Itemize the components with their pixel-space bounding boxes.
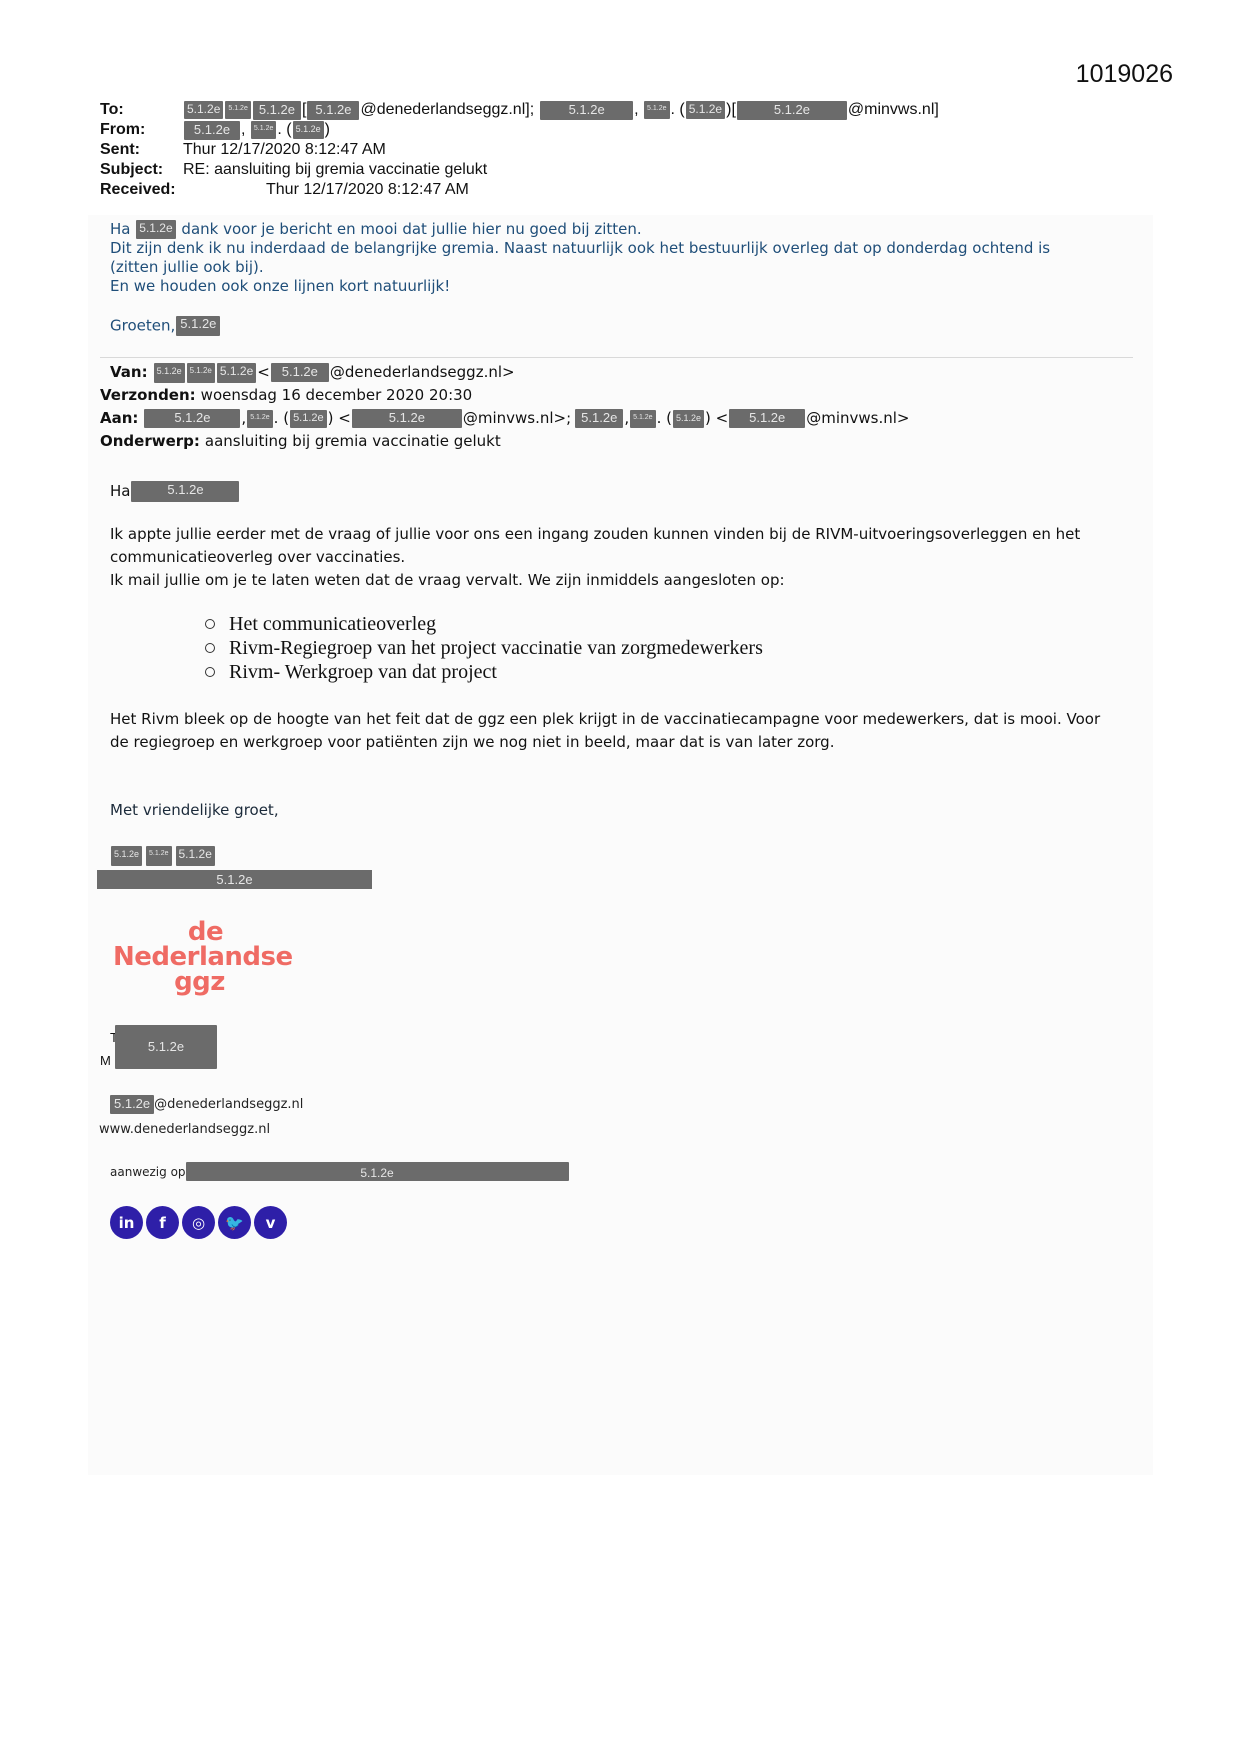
redaction: 5.1.2e	[136, 220, 175, 239]
redaction: 5.1.2e	[225, 101, 250, 119]
list-item: Het communicatieoverleg	[205, 612, 763, 636]
linkedin-icon[interactable]: in	[110, 1206, 143, 1239]
subject-value: RE: aansluiting bij gremia vaccinatie ge…	[183, 160, 487, 180]
instagram-icon[interactable]: ◎	[182, 1206, 215, 1239]
redaction: 5.1.2e	[729, 409, 805, 428]
redaction: 5.1.2e	[146, 846, 171, 866]
aan-row: Aan: 5.1.2e , 5.1.2e . ( 5.1.2e ) < 5.1.…	[100, 407, 909, 430]
signature-name: 5.1.2e 5.1.2e 5.1.2e	[110, 846, 216, 866]
received-value: Thur 12/17/2020 8:12:47 AM	[266, 180, 469, 200]
redaction: 5.1.2e	[673, 410, 704, 428]
original-message-body: Ha5.1.2e Ik appte jullie eerder met de v…	[110, 480, 1140, 592]
presence-line: aanwezig op 5.1.2e	[110, 1162, 569, 1181]
membership-list: Het communicatieoverleg Rivm-Regiegroep …	[205, 612, 763, 684]
van-row: Van: 5.1.2e 5.1.2e 5.1.2e < 5.1.2e @dene…	[100, 361, 909, 384]
redaction: 5.1.2e	[154, 363, 185, 383]
redaction: 5.1.2e	[253, 101, 301, 120]
signature-email[interactable]: 5.1.2e @denederlandseggz.nl	[110, 1095, 303, 1114]
redaction: 5.1.2e	[307, 101, 359, 120]
redaction: 5.1.2e	[271, 363, 329, 382]
redaction: 5.1.2e	[293, 121, 324, 139]
list-item: Rivm-Regiegroep van het project vaccinat…	[205, 636, 763, 660]
redaction: 5.1.2e	[115, 1025, 217, 1069]
sign-off: Met vriendelijke groet,	[110, 801, 279, 819]
redaction: 5.1.2e	[176, 316, 220, 336]
redaction: 5.1.2e	[352, 409, 462, 428]
to-address-2: @minvws.nl]	[848, 100, 939, 120]
redaction: 5.1.2e	[290, 410, 327, 428]
from-label: From:	[100, 120, 183, 140]
redaction: 5.1.2e	[247, 410, 272, 428]
twitter-icon[interactable]: 🐦	[218, 1206, 251, 1239]
redaction: 5.1.2e	[644, 101, 669, 119]
sent-label: Sent:	[100, 140, 183, 160]
phone-block: T M 5.1.2e	[100, 1025, 220, 1070]
redaction: 5.1.2e	[630, 410, 655, 428]
to-row: To: 5.1.2e 5.1.2e 5.1.2e [ 5.1.2e @dened…	[100, 100, 939, 120]
document-id: 1019026	[1076, 60, 1173, 89]
to-address-1: @denederlandseggz.nl];	[360, 100, 534, 120]
received-label: Received:	[100, 180, 266, 200]
verzonden-row: Verzonden: woensdag 16 december 2020 20:…	[100, 384, 909, 407]
list-item: Rivm- Werkgroep van dat project	[205, 660, 763, 684]
redaction: 5.1.2e	[144, 409, 240, 428]
onderwerp-row: Onderwerp: aansluiting bij gremia vaccin…	[100, 430, 909, 453]
redaction: 5.1.2e	[110, 1095, 154, 1114]
redaction: 5.1.2e	[111, 846, 142, 866]
vimeo-icon[interactable]: v	[254, 1206, 287, 1239]
website-link[interactable]: www.denederlandseggz.nl	[99, 1122, 270, 1137]
redaction: 5.1.2e	[187, 363, 215, 383]
received-row: Received: Thur 12/17/2020 8:12:47 AM	[100, 180, 939, 200]
sent-value: Thur 12/17/2020 8:12:47 AM	[183, 140, 386, 160]
subject-row: Subject: RE: aansluiting bij gremia vacc…	[100, 160, 939, 180]
redaction: 5.1.2e	[184, 101, 223, 119]
facebook-icon[interactable]: f	[146, 1206, 179, 1239]
subject-label: Subject:	[100, 160, 183, 180]
divider	[100, 357, 1133, 358]
redaction: 5.1.2e	[540, 101, 633, 120]
to-label: To:	[100, 100, 183, 120]
redaction: 5.1.2e	[184, 121, 240, 140]
redaction: 5.1.2e	[97, 870, 372, 889]
redaction: 5.1.2e	[575, 409, 623, 428]
sent-row: Sent: Thur 12/17/2020 8:12:47 AM	[100, 140, 939, 160]
redaction: 5.1.2e	[686, 101, 725, 119]
redaction: 5.1.2e	[176, 846, 215, 866]
reply-message: Ha 5.1.2e dank voor je bericht en mooi d…	[110, 220, 1130, 336]
social-icons: in f ◎ 🐦 v	[110, 1206, 287, 1239]
email-header: To: 5.1.2e 5.1.2e 5.1.2e [ 5.1.2e @dened…	[100, 100, 939, 200]
redaction: 5.1.2e	[131, 481, 239, 502]
original-message-header: Van: 5.1.2e 5.1.2e 5.1.2e < 5.1.2e @dene…	[100, 361, 909, 453]
paragraph-rivm: Het Rivm bleek op de hoogte van het feit…	[110, 708, 1140, 754]
redaction: 5.1.2e	[251, 121, 276, 139]
redaction: 5.1.2e	[737, 101, 847, 120]
from-row: From: 5.1.2e , 5.1.2e . ( 5.1.2e )	[100, 120, 939, 140]
de-nederlandse-ggz-logo: de Nederlandse ggz	[113, 920, 278, 995]
redaction: 5.1.2e	[186, 1162, 569, 1181]
redaction: 5.1.2e	[217, 363, 256, 383]
